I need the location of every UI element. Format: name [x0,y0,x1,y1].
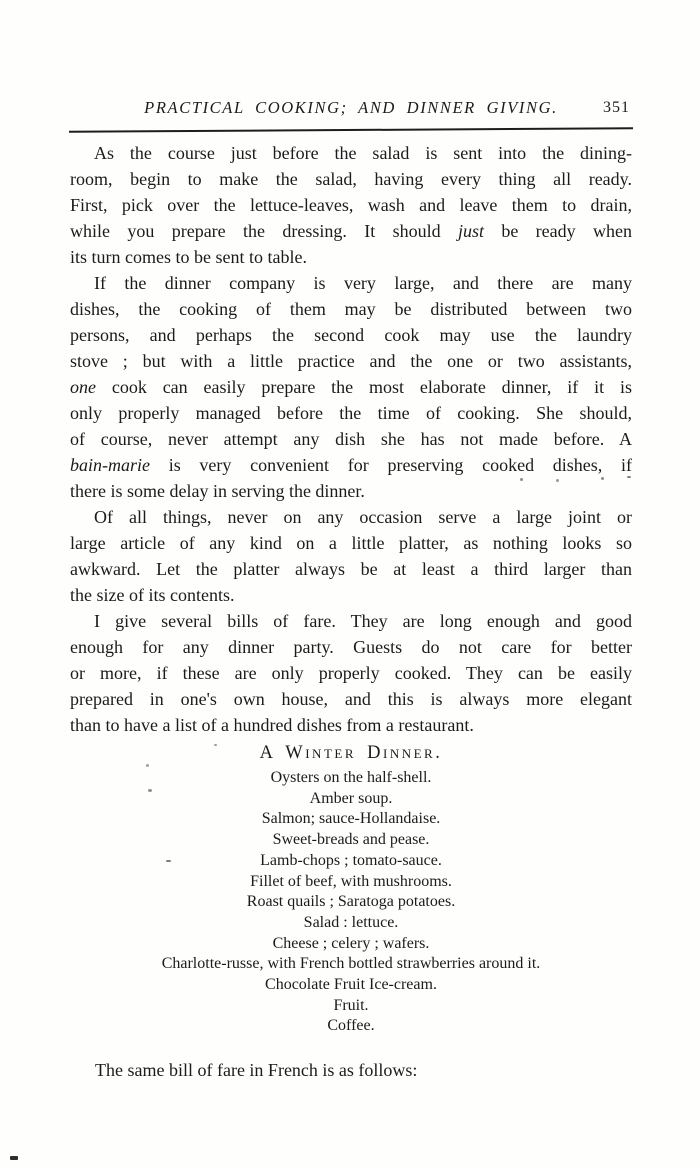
menu-item: Salmon; sauce-Hollandaise. [70,809,632,830]
menu-item: Coffee. [70,1016,632,1037]
paragraph: I give several bills of fare. They are l… [70,608,632,738]
text-line: room, begin to make the salad, having ev… [70,166,632,192]
text-line: or more, if these are only properly cook… [70,660,632,686]
text-line: awkward. Let the platter always be at le… [70,556,632,582]
closing-paragraph: The same bill of fare in French is as fo… [70,1057,632,1083]
scan-speck [146,764,149,767]
text-line: while you prepare the dressing. It shoul… [70,218,632,244]
scan-speck [214,744,217,746]
menu-item: Lamb-chops ; tomato-sauce. [70,851,632,872]
scan-speck [520,478,523,481]
text-line: Of all things, never on any occasion ser… [70,504,632,530]
text-line: First, pick over the lettuce-leaves, was… [70,192,632,218]
winter-dinner-menu: A Winter Dinner. Oysters on the half-she… [70,741,632,1037]
menu-item: Fruit. [70,996,632,1017]
text-line: large article of any kind on a little pl… [70,530,632,556]
menu-items: Oysters on the half-shell.Amber soup.Sal… [70,768,632,1037]
menu-item: Charlotte-russe, with French bottled str… [70,954,632,975]
menu-heading: A Winter Dinner. [70,741,632,765]
text-line: As the course just before the salad is s… [70,140,632,166]
text-line: one cook can easily prepare the most ela… [70,374,632,400]
menu-item: Cheese ; celery ; wafers. [70,934,632,955]
menu-item: Chocolate Fruit Ice-cream. [70,975,632,996]
scan-speck [166,860,171,862]
paragraphs-container: As the course just before the salad is s… [70,140,632,738]
header-rule [69,127,633,132]
text-line: there is some delay in serving the dinne… [70,478,632,504]
text-line: the size of its contents. [70,582,632,608]
paragraph: Of all things, never on any occasion ser… [70,504,632,608]
paragraph: If the dinner company is very large, and… [70,270,632,504]
menu-item: Sweet-breads and pease. [70,830,632,851]
running-header: PRACTICAL COOKING; AND DINNER GIVING. 35… [70,98,632,122]
text-line: persons, and perhaps the second cook may… [70,322,632,348]
scan-speck [627,476,631,478]
text-line: enough for any dinner party. Guests do n… [70,634,632,660]
text-line: of course, never attempt any dish she ha… [70,426,632,452]
menu-item: Fillet of beef, with mushrooms. [70,872,632,893]
book-page: PRACTICAL COOKING; AND DINNER GIVING. 35… [0,0,700,1166]
scan-speck [601,477,604,480]
text-line: dishes, the cooking of them may be distr… [70,296,632,322]
text-line: stove ; but with a little practice and t… [70,348,632,374]
text-line: I give several bills of fare. They are l… [70,608,632,634]
scan-speck [148,789,152,792]
text-line: than to have a list of a hundred dishes … [70,712,632,738]
text-line: only properly managed before the time of… [70,400,632,426]
menu-item: Roast quails ; Saratoga potatoes. [70,892,632,913]
scan-speck [10,1156,18,1160]
menu-item: Salad : lettuce. [70,913,632,934]
text-line: its turn comes to be sent to table. [70,244,632,270]
paragraph: As the course just before the salad is s… [70,140,632,270]
body-text: As the course just before the salad is s… [70,140,632,1083]
page-number: 351 [603,99,630,117]
menu-item: Amber soup. [70,789,632,810]
page-title: PRACTICAL COOKING; AND DINNER GIVING. [70,98,632,118]
text-line: If the dinner company is very large, and… [70,270,632,296]
scan-speck [556,479,559,482]
menu-item: Oysters on the half-shell. [70,768,632,789]
text-line: bain-marie is very convenient for preser… [70,452,632,478]
text-line: prepared in one's own house, and this is… [70,686,632,712]
